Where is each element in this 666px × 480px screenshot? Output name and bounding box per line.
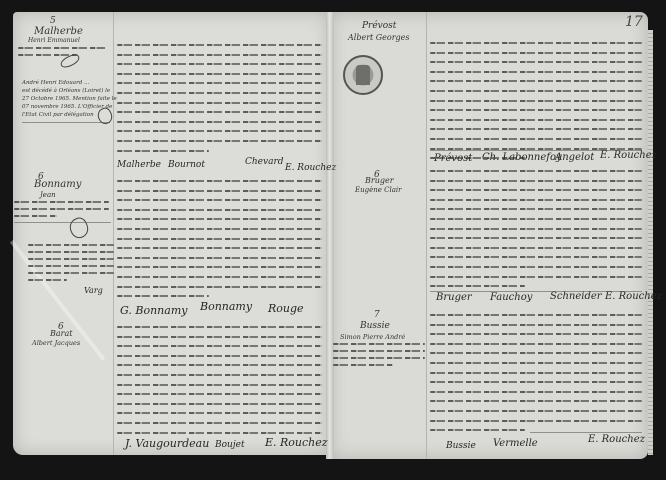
margin-forenames: Albert Jacques [32,340,80,347]
right-margin-rule [426,12,427,459]
folio-number: 17 [625,14,643,30]
margin-note [18,44,108,58]
signature: Vermelle [493,438,538,449]
margin-name: Malherbe [34,27,83,37]
signature: E. Rouchez [265,436,328,449]
act-number: 7 [374,310,380,320]
marriage-mention [28,241,114,283]
act-number: 5 [50,16,56,26]
signature: E. Rouchez [285,163,336,173]
signature: Malherbe [117,160,161,170]
page-edges [648,30,653,455]
margin-name: Barat [50,330,72,338]
signature: G. Bonnamy [120,304,187,317]
signature: Rouge [268,302,304,315]
signature: Bonnamy [200,300,252,313]
signature: Fauchoy [490,292,532,303]
margin-forenames: Eugène Clair [355,187,401,194]
signature: E. Rouchez [605,291,662,302]
officer-signature: Varg [84,286,103,295]
signature: Angelot [555,152,594,163]
act-body-text [430,166,642,291]
margin-name: Bruger [365,177,394,185]
signature: J. Vaugourdeau [125,437,209,450]
municipal-seal [343,55,383,95]
act-body-text [117,176,322,301]
margin-note [14,198,109,219]
act-body-text [430,310,642,435]
signature: Prévost [434,153,472,164]
book-gutter [326,12,334,459]
margin-name: Bussie [360,322,390,331]
act-body-text [117,322,322,437]
signature: Bussie [446,441,476,451]
act-body-text [117,40,322,155]
signature: Bruger [436,292,472,303]
signature: E. Rouchez [600,150,657,161]
margin-name: Bonnamy [34,180,81,190]
signature: E. Rouchez [588,434,645,445]
margin-note [333,340,425,368]
left-margin-rule [113,12,114,455]
signature: Boujet [215,440,245,450]
signature: Schneider [550,291,602,302]
margin-forenames: Albert Georges [348,34,410,42]
signature: Ch. Labonnefoy [482,152,562,163]
signature: Chevard [245,157,284,167]
signature: Bournot [168,160,205,170]
act-body-text [430,38,642,163]
margin-name: Prévost [362,22,396,31]
